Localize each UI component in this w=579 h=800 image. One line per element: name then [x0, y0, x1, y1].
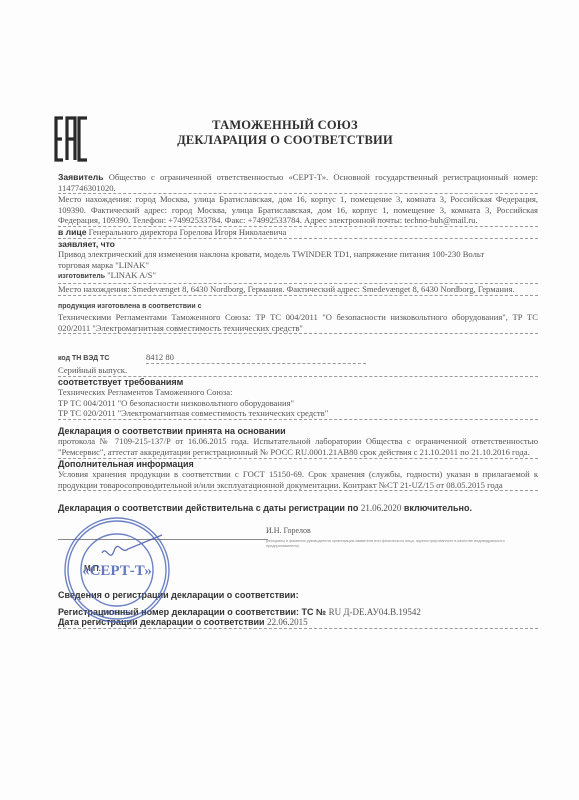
represented-text: Генерального директора Горелова Игоря Ни… — [89, 227, 287, 237]
validity-label-start: Декларация о соответствии действительна … — [58, 503, 358, 513]
manufacturer-address: Место нахождения: Smedevænget 8, 6430 No… — [58, 284, 538, 296]
validity-statement: Декларация о соответствии действительна … — [58, 503, 538, 514]
registration-date: 22.06.2015 — [267, 617, 308, 627]
signer-note: (инициалы и фамилия руководителя организ… — [266, 539, 536, 549]
applicant-section: Заявитель Общество с ограниченной ответс… — [58, 172, 538, 194]
stamp-city: МОСКВА — [102, 610, 132, 617]
product-description: Привод электрический для изменения накло… — [58, 249, 538, 260]
declares-label: заявляет, что — [58, 239, 538, 250]
additional-text: Условия хранения продукции в соответстви… — [58, 469, 538, 491]
validity-date: 21.06.2020 — [361, 503, 402, 513]
represented-by: в лице Генерального директора Горелова И… — [58, 227, 538, 239]
produced-label: продукция изготовлена в соответствии с — [58, 302, 538, 313]
validity-label-end: включительно. — [404, 503, 472, 513]
stamp-name: «СЕРТ-Т» — [82, 563, 152, 579]
applicant-address: Место нахождения: город Москва, улица Бр… — [58, 194, 538, 227]
registration-number: RU Д-DE.АУ04.В.19542 — [329, 607, 421, 617]
represented-label: в лице — [58, 227, 86, 237]
declaration-page: ТАМОЖЕННЫЙ СОЮЗ ДЕКЛАРАЦИЯ О СООТВЕТСТВИ… — [0, 0, 579, 800]
additional-label: Дополнительная информация — [58, 459, 538, 470]
signer-name: И.Н. Горелов — [266, 526, 311, 537]
conforms-label: соответствует требованиям — [58, 377, 538, 388]
hs-code-label: код ТН ВЭД ТС — [58, 354, 146, 365]
hs-code-value: 8412 80 — [146, 352, 366, 364]
applicant-label: Заявитель — [58, 172, 103, 182]
company-stamp: «СЕРТ-Т» МОСКВА — [62, 515, 172, 625]
basis-label: Декларация о соответствии принята на осн… — [58, 426, 538, 437]
produced-text: Техническими Регламентами Таможенного Со… — [58, 312, 538, 334]
conforms-line-1: Технических Регламентов Таможенного Союз… — [58, 387, 538, 398]
document-title: ТАМОЖЕННЫЙ СОЮЗ ДЕКЛАРАЦИЯ О СООТВЕТСТВИ… — [175, 118, 395, 148]
manufacturer: изготовитель "LINAK A/S" — [58, 270, 538, 284]
eac-logo — [54, 116, 90, 162]
eac-mark-icon — [54, 116, 90, 162]
title-union: ТАМОЖЕННЫЙ СОЮЗ — [175, 118, 395, 133]
basis-text: протокола № 7109-215-137/Р от 16.06.2015… — [58, 436, 538, 458]
applicant-text: Общество с ограниченной ответственностью… — [58, 172, 538, 193]
conforms-line-3: ТР ТС 020/2011 "Электромагнитная совмест… — [58, 408, 538, 420]
manufacturer-label: изготовитель — [58, 273, 105, 280]
manufacturer-name: "LINAK A/S" — [107, 270, 156, 280]
hs-code-row: код ТН ВЭД ТС 8412 80 — [58, 352, 538, 365]
serial-release: Серийный выпуск. — [58, 365, 538, 377]
conforms-line-2: ТР ТС 004/2011 "О безопасности низковоль… — [58, 398, 538, 409]
trademark: торговая марка "LINAK" — [58, 260, 538, 271]
title-declaration: ДЕКЛАРАЦИЯ О СООТВЕТСТВИИ — [175, 133, 395, 148]
